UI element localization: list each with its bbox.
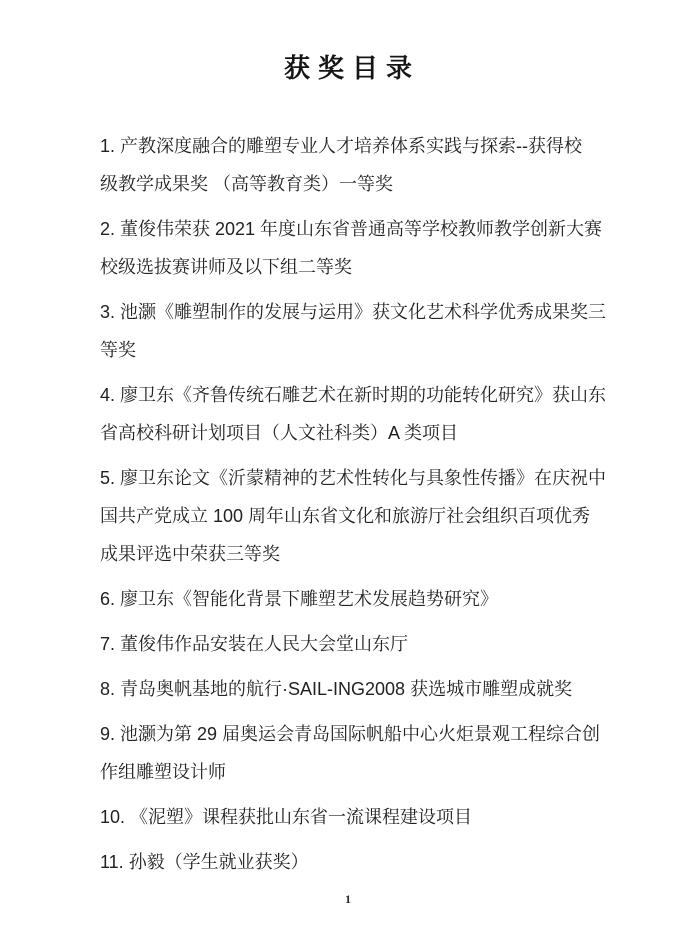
document-title: 获奖目录 [0, 51, 696, 85]
award-item-line: 7. 董俊伟作品安装在人民大会堂山东厅 [100, 625, 606, 663]
award-item-line: 2. 董俊伟荣获 2021 年度山东省普通高等学校教师教学创新大赛 [100, 210, 606, 248]
award-item-4: 4. 廖卫东《齐鲁传统石雕艺术在新时期的功能转化研究》获山东 省高校科研计划项目… [100, 376, 606, 452]
award-item-line: 等奖 [100, 331, 606, 369]
award-item-line: 4. 廖卫东《齐鲁传统石雕艺术在新时期的功能转化研究》获山东 [100, 376, 606, 414]
award-item-line: 作组雕塑设计师 [100, 753, 606, 791]
award-item-10: 10. 《泥塑》课程获批山东省一流课程建设项目 [100, 798, 606, 836]
award-item-9: 9. 池灏为第 29 届奥运会青岛国际帆船中心火炬景观工程综合创 作组雕塑设计师 [100, 715, 606, 791]
page-number: 1 [0, 892, 696, 907]
award-item-line: 国共产党成立 100 周年山东省文化和旅游厅社会组织百项优秀 [100, 497, 606, 535]
award-item-3: 3. 池灏《雕塑制作的发展与运用》获文化艺术科学优秀成果奖三 等奖 [100, 293, 606, 369]
award-item-line: 6. 廖卫东《智能化背景下雕塑艺术发展趋势研究》 [100, 580, 606, 618]
award-item-1: 1. 产教深度融合的雕塑专业人才培养体系实践与探索--获得校 级教学成果奖 （高… [100, 127, 606, 203]
award-item-2: 2. 董俊伟荣获 2021 年度山东省普通高等学校教师教学创新大赛 校级选拔赛讲… [100, 210, 606, 286]
award-item-6: 6. 廖卫东《智能化背景下雕塑艺术发展趋势研究》 [100, 580, 606, 618]
award-item-line: 11. 孙毅（学生就业获奖） [100, 843, 606, 881]
award-item-5: 5. 廖卫东论文《沂蒙精神的艺术性转化与具象性传播》在庆祝中 国共产党成立 10… [100, 459, 606, 573]
award-item-line: 级教学成果奖 （高等教育类）一等奖 [100, 165, 606, 203]
award-item-line: 5. 廖卫东论文《沂蒙精神的艺术性转化与具象性传播》在庆祝中 [100, 459, 606, 497]
award-item-line: 8. 青岛奥帆基地的航行·SAIL-ING2008 获选城市雕塑成就奖 [100, 670, 606, 708]
award-item-line: 9. 池灏为第 29 届奥运会青岛国际帆船中心火炬景观工程综合创 [100, 715, 606, 753]
award-item-8: 8. 青岛奥帆基地的航行·SAIL-ING2008 获选城市雕塑成就奖 [100, 670, 606, 708]
award-item-11: 11. 孙毅（学生就业获奖） [100, 843, 606, 881]
award-item-line: 10. 《泥塑》课程获批山东省一流课程建设项目 [100, 798, 606, 836]
award-item-line: 校级选拔赛讲师及以下组二等奖 [100, 248, 606, 286]
awards-list: 1. 产教深度融合的雕塑专业人才培养体系实践与探索--获得校 级教学成果奖 （高… [100, 127, 606, 888]
award-item-line: 1. 产教深度融合的雕塑专业人才培养体系实践与探索--获得校 [100, 127, 606, 165]
award-item-7: 7. 董俊伟作品安装在人民大会堂山东厅 [100, 625, 606, 663]
award-item-line: 3. 池灏《雕塑制作的发展与运用》获文化艺术科学优秀成果奖三 [100, 293, 606, 331]
award-item-line: 成果评选中荣获三等奖 [100, 535, 606, 573]
award-item-line: 省高校科研计划项目（人文社科类）A 类项目 [100, 414, 606, 452]
document-page: 获奖目录 1. 产教深度融合的雕塑专业人才培养体系实践与探索--获得校 级教学成… [0, 0, 696, 949]
